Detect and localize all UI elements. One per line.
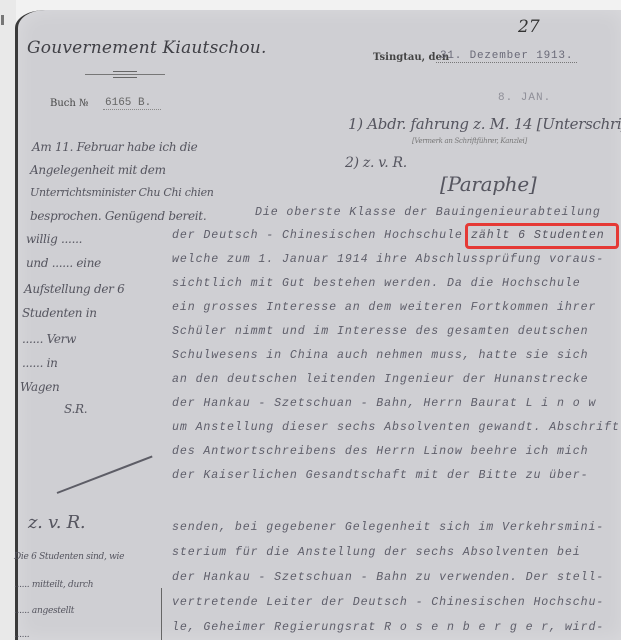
body-line: um Anstellung dieser sechs Absolventen g… [172, 421, 620, 434]
margin-note-line: ...... angestellt [14, 606, 74, 616]
letter-date: 31. Dezember 1913. [436, 50, 577, 63]
body-line: vertretende Leiter der Deutsch - Chinesi… [172, 596, 604, 609]
annotation-paraph: [Paraphe] [440, 172, 536, 196]
margin-note-line: Angelegenheit mit dem [30, 163, 166, 177]
margin-note-line: ...... [14, 630, 29, 640]
body-line: welche zum 1. Januar 1914 ihre Abschluss… [172, 253, 604, 266]
received-stamp: 8. JAN. [498, 92, 551, 104]
annotation-line-1: 1) Abdr. fahrung z. M. 14 [Unterschrift] [348, 115, 621, 133]
buch-label: Buch № [50, 98, 88, 109]
margin-note-line: Studenten in [22, 306, 97, 320]
body-line: der Kaiserlichen Gesandtschaft mit der B… [172, 469, 588, 482]
margin-note-line: Die 6 Studenten sind, wie [14, 552, 124, 562]
margin-note-line: und ...... eine [26, 256, 101, 270]
margin-note-line: Unterrichtsminister Chu Chi chien [30, 186, 214, 199]
margin-note-line: Aufstellung der 6 [24, 282, 124, 296]
margin-vertical-line [161, 588, 162, 640]
margin-note-line: ...... mitteilt, durch [14, 580, 93, 590]
body-line: an den deutschen leitenden Ingenieur der… [172, 373, 588, 386]
body-line: sichtlich mit Gut bestehen werden. Da di… [172, 277, 581, 290]
binder-mark [1, 15, 4, 25]
body-line: ein grosses Interesse an dem weiteren Fo… [172, 301, 596, 314]
margin-note-line: willig ...... [26, 232, 82, 246]
body-line: der Hankau - Szetschuan - Bahn zu verwen… [172, 571, 604, 584]
margin-initials: S.R. [64, 402, 87, 416]
body-line: senden, bei gegebener Gelegenheit sich i… [172, 521, 604, 534]
body-line: sterium für die Anstellung der sechs Abs… [172, 546, 581, 559]
letterhead-title: Gouvernement Kiautschou. [27, 38, 267, 58]
margin-note-line: besprochen. Genügend bereit. [30, 209, 206, 223]
margin-note-line: ...... Verw [22, 332, 76, 346]
annotation-line-3: 2) z. v. R. [345, 155, 407, 171]
page-number: 27 [518, 17, 540, 37]
body-line: Schüler nimmt und im Interesse des gesam… [172, 325, 588, 338]
annotation-line-2: [Vermerk an Schriftführer, Kanzlei] [412, 137, 527, 145]
body-line: der Hankau - Szetschuan - Bahn, Herrn Ba… [172, 397, 596, 410]
buch-number: 6165 B. [103, 97, 161, 110]
margin-note-line: Wagen [20, 380, 59, 394]
highlight-box [465, 223, 619, 249]
body-line: le, Geheimer Regierungsrat R o s e n b e… [172, 621, 604, 634]
letterhead-ornament-center [113, 71, 137, 78]
scan-left-margin [0, 0, 16, 640]
margin-note-line: ...... in [22, 356, 58, 370]
body-line: des Antwortschreibens des Herrn Linow be… [172, 445, 588, 458]
margin-note-zvr: z. v. R. [28, 512, 85, 533]
body-line: Schulwesens in China auch nehmen muss, h… [172, 349, 588, 362]
body-line: der Deutsch - Chinesischen Hochschule [172, 229, 463, 242]
body-line: Die oberste Klasse der Bauingenieurabtei… [255, 206, 601, 219]
margin-note-line: Am 11. Februar habe ich die [32, 140, 197, 154]
